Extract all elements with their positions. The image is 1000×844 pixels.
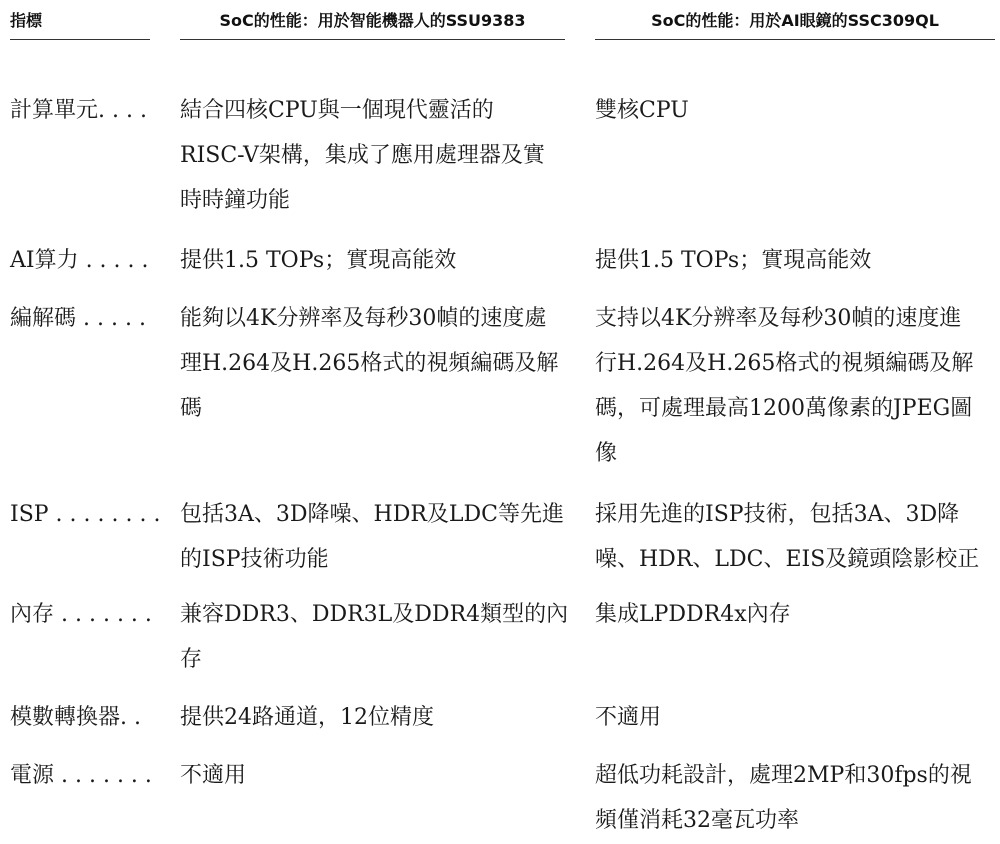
cell-ssu9383: 不適用: [180, 753, 570, 798]
cell-ssu9383: 提供24路通道，12位精度: [180, 695, 570, 740]
row-label: ISP . . . . . . . .: [10, 492, 170, 537]
row-label: 編解碼 . . . . .: [10, 296, 170, 341]
cell-ssc309ql: 支持以4K分辨率及每秒30幀的速度進 行H.264及H.265格式的視頻編碼及解…: [595, 296, 995, 476]
cell-ssu9383: 結合四核CPU與一個現代靈活的 RISC-V架構，集成了應用處理器及實 時時鐘功…: [180, 88, 570, 223]
header-ssc309ql: SoC的性能：用於AI眼鏡的SSC309QL: [595, 8, 995, 40]
cell-ssc309ql: 超低功耗設計，處理2MP和30fps的視 頻僅消耗32毫瓦功率: [595, 753, 995, 843]
row-label: 電源 . . . . . . .: [10, 753, 170, 798]
row-label: 計算單元. . . .: [10, 88, 170, 133]
cell-ssc309ql: 不適用: [595, 695, 995, 740]
header-ssu9383: SoC的性能：用於智能機器人的SSU9383: [180, 8, 565, 40]
cell-ssu9383: 包括3A、3D降噪、HDR及LDC等先進 的ISP技術功能: [180, 492, 570, 582]
cell-ssc309ql: 雙核CPU: [595, 88, 995, 133]
cell-ssc309ql: 提供1.5 TOPs；實現高能效: [595, 238, 995, 283]
row-label: 內存 . . . . . . .: [10, 592, 170, 637]
header-metric: 指標: [10, 8, 150, 40]
cell-ssc309ql: 集成LPDDR4x內存: [595, 592, 995, 637]
row-label: 模數轉換器. .: [10, 695, 170, 740]
cell-ssu9383: 兼容DDR3、DDR3L及DDR4類型的內 存: [180, 592, 570, 682]
row-label: AI算力 . . . . .: [10, 238, 170, 283]
cell-ssu9383: 能夠以4K分辨率及每秒30幀的速度處 理H.264及H.265格式的視頻編碼及解…: [180, 296, 570, 431]
cell-ssc309ql: 採用先進的ISP技術，包括3A、3D降 噪、HDR、LDC、EIS及鏡頭陰影校正: [595, 492, 995, 582]
cell-ssu9383: 提供1.5 TOPs；實現高能效: [180, 238, 570, 283]
